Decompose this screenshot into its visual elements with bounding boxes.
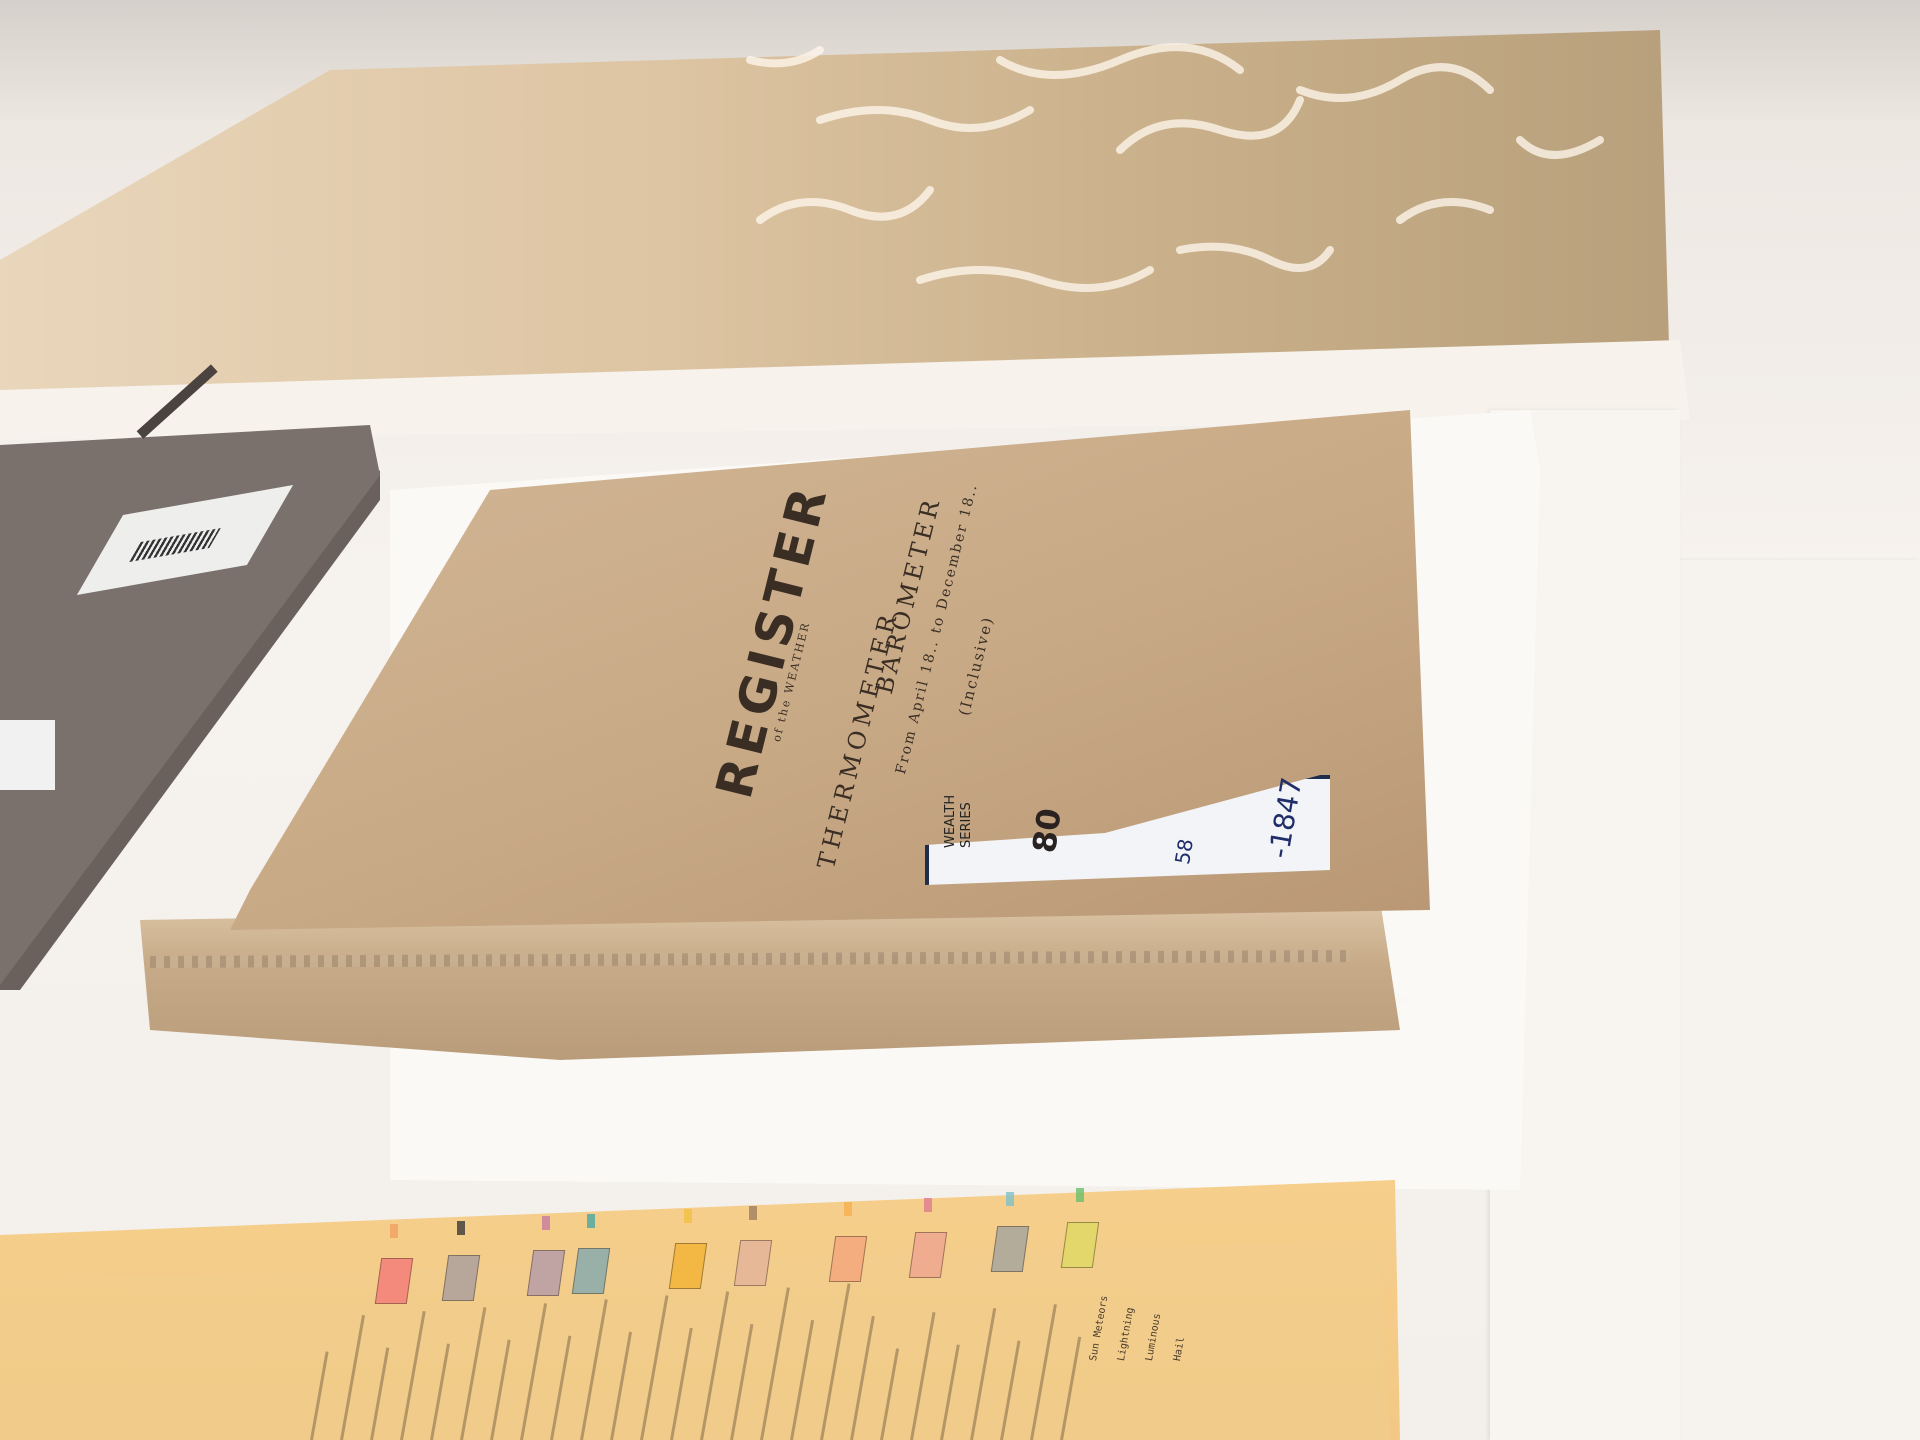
color-swatch: [669, 1243, 707, 1289]
mylar-glare: [700, 0, 1660, 360]
catalog-series-text: WEALTH SERIES: [943, 795, 975, 848]
color-swatch: [375, 1258, 413, 1304]
catalog-box-number: 58: [1170, 837, 1198, 866]
color-swatch: [1061, 1222, 1099, 1268]
color-swatch: [527, 1250, 565, 1296]
color-mark: [390, 1224, 398, 1238]
color-mark: [844, 1202, 852, 1216]
color-swatch: [442, 1255, 480, 1301]
color-swatch: [909, 1232, 947, 1278]
color-mark: [1076, 1188, 1084, 1202]
color-mark: [749, 1206, 757, 1220]
color-swatch: [991, 1226, 1029, 1272]
color-mark: [457, 1221, 465, 1235]
color-swatch: [734, 1240, 772, 1286]
color-mark: [684, 1209, 692, 1223]
color-mark: [1006, 1192, 1014, 1206]
archive-box-side-label: [0, 720, 55, 790]
color-swatch: [829, 1236, 867, 1282]
color-mark: [542, 1216, 550, 1230]
color-mark: [587, 1214, 595, 1228]
color-swatch: [572, 1248, 610, 1294]
catalog-number: 80: [1025, 806, 1069, 855]
color-mark: [924, 1198, 932, 1212]
mat-far-right: [1665, 560, 1920, 1440]
